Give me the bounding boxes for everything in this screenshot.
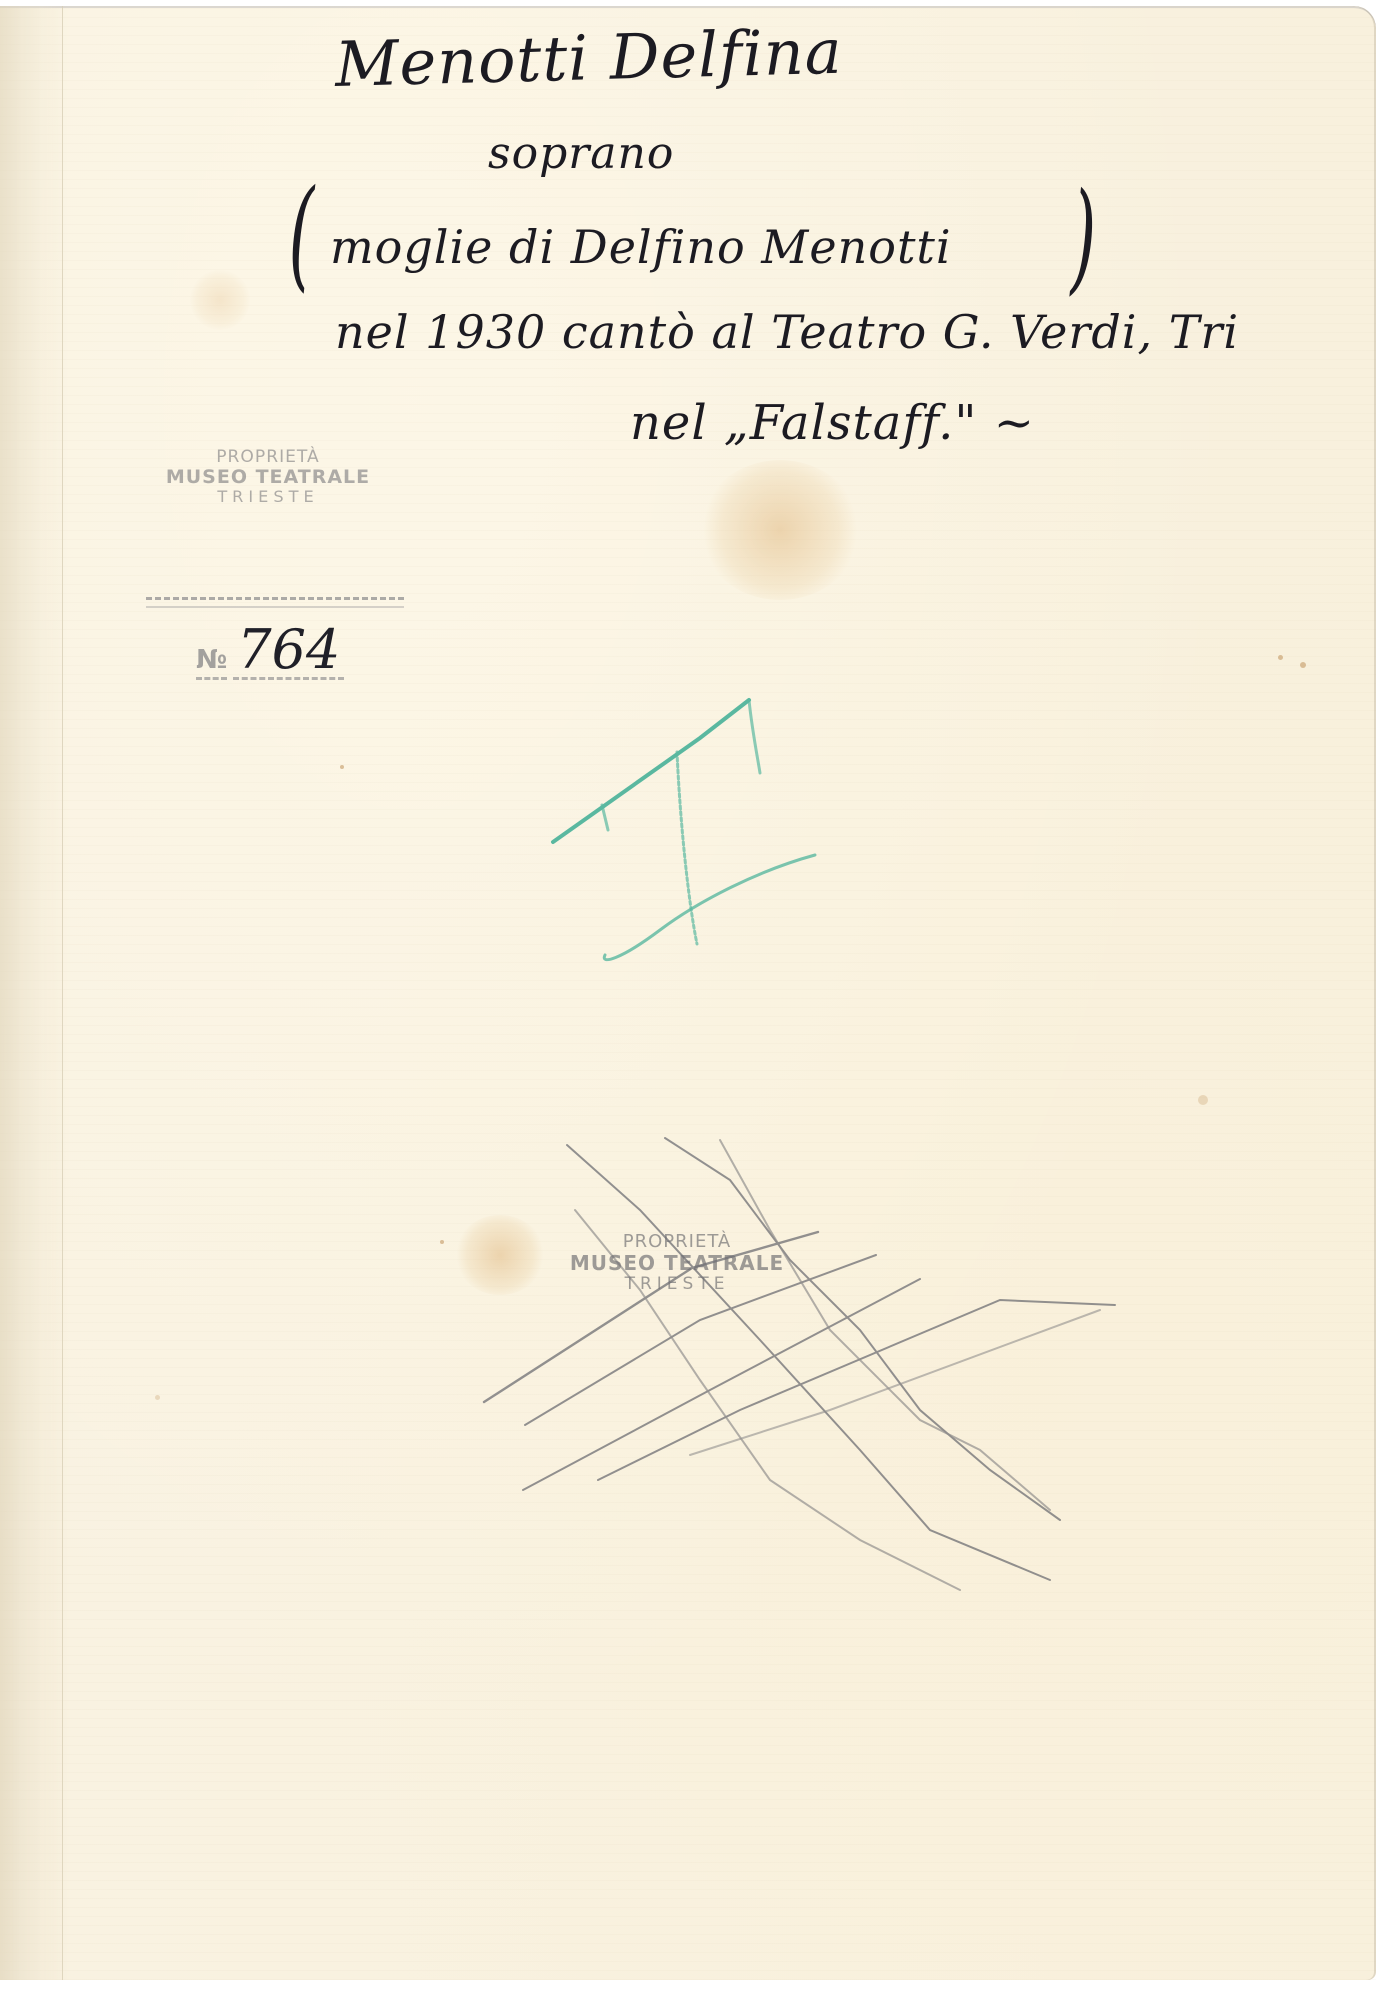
performer-name: Menotti Delfina: [334, 15, 843, 101]
museum-ownership-stamp: PROPRIETÀ MUSEO TEATRALE TRIESTE: [158, 448, 378, 507]
card-spine-edge: [0, 6, 63, 1980]
fleck: [440, 1240, 444, 1244]
stamp-line-museum: MUSEO TEATRALE: [158, 467, 378, 488]
fleck: [1198, 1095, 1208, 1105]
stamp-line-property: PROPRIETÀ: [158, 448, 378, 467]
inventory-number-value: 764: [233, 623, 344, 680]
museum-ownership-stamp-2: PROPRIETÀ MUSEO TEATRALE TRIESTE: [562, 1232, 792, 1294]
foxing-stain: [700, 460, 860, 600]
stamp-line-museum: MUSEO TEATRALE: [562, 1252, 792, 1274]
note-open-bracket: (: [289, 175, 315, 295]
spouse-note: moglie di Delfino Menotti: [330, 220, 952, 274]
stamp-line-city: TRIESTE: [158, 488, 378, 506]
foxing-stain: [455, 1215, 545, 1295]
performance-note: nel 1930 cantò al Teatro G. Verdi, Tri: [335, 305, 1239, 359]
note-close-bracket: ): [1071, 178, 1097, 298]
inventory-number-label: №: [196, 645, 227, 680]
stamp-line-city: TRIESTE: [562, 1275, 792, 1294]
stamp-line-property: PROPRIETÀ: [562, 1232, 792, 1252]
foxing-stain: [190, 270, 250, 330]
opera-title-note: nel „Falstaff." ~: [630, 395, 1035, 451]
inventory-number: № 764: [196, 600, 344, 680]
fleck: [1278, 655, 1283, 660]
fleck: [340, 765, 344, 769]
fleck: [155, 1395, 160, 1400]
fleck: [1300, 662, 1306, 668]
voice-type: soprano: [488, 128, 674, 179]
